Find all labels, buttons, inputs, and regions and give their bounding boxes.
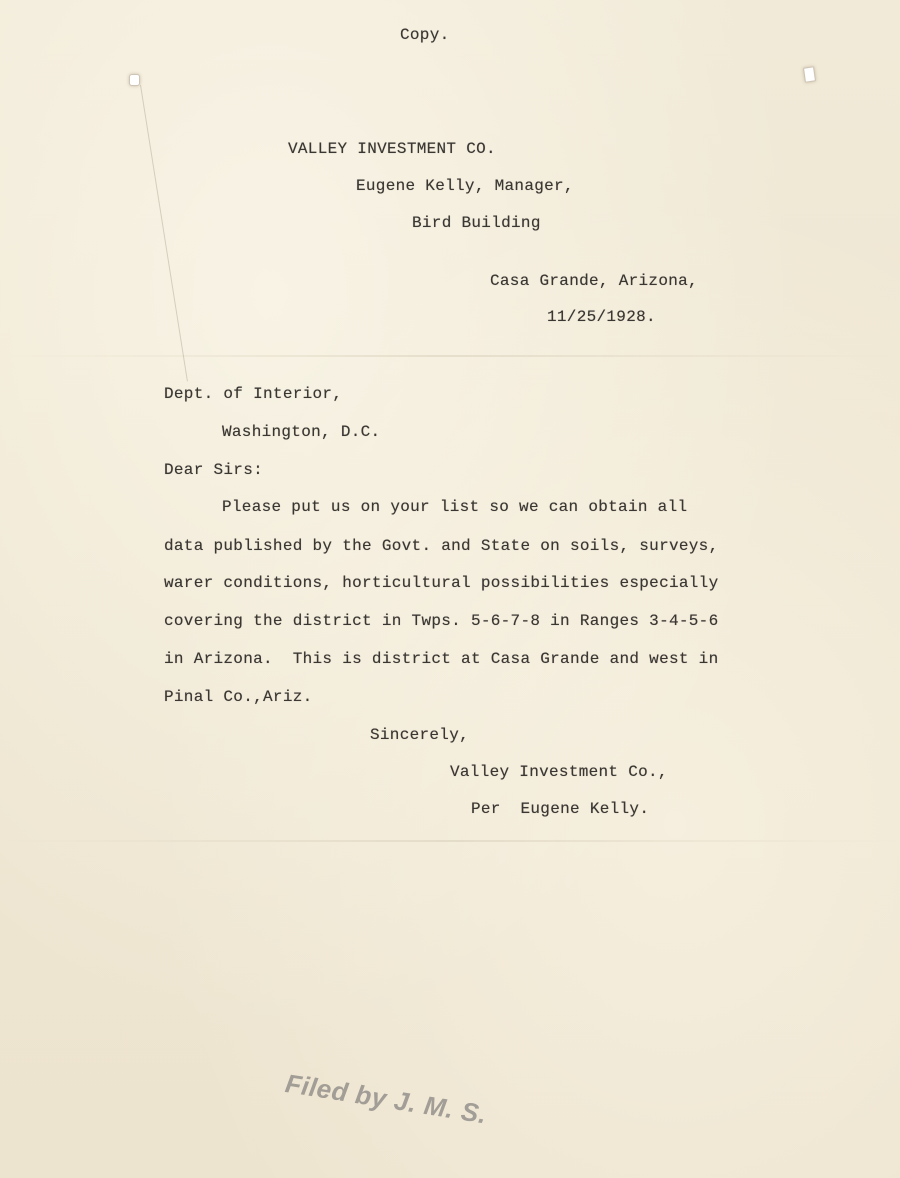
copy-label: Copy.	[400, 26, 450, 44]
letterhead-company: VALLEY INVESTMENT CO.	[288, 140, 496, 158]
salutation: Dear Sirs:	[164, 461, 263, 479]
letterhead-building: Bird Building	[412, 214, 541, 232]
closing: Sincerely,	[370, 726, 469, 744]
recipient-line-2: Washington, D.C.	[222, 423, 380, 441]
signature-company: Valley Investment Co.,	[450, 763, 668, 781]
paper-fold-line	[0, 840, 900, 842]
body-line: in Arizona. This is district at Casa Gra…	[164, 650, 719, 668]
letter-date: 11/25/1928.	[547, 308, 656, 326]
punch-hole	[803, 66, 816, 82]
body-line: data published by the Govt. and State on…	[164, 537, 719, 555]
body-line: Please put us on your list so we can obt…	[222, 498, 687, 516]
letter-place: Casa Grande, Arizona,	[490, 272, 698, 290]
signature-signer: Per Eugene Kelly.	[471, 800, 649, 818]
body-line: Pinal Co.,Ariz.	[164, 688, 313, 706]
body-line: warer conditions, horticultural possibil…	[164, 574, 719, 592]
paper-fold-line	[0, 355, 900, 357]
punch-hole	[129, 74, 140, 86]
letterhead-manager: Eugene Kelly, Manager,	[356, 177, 574, 195]
body-line: covering the district in Twps. 5-6-7-8 i…	[164, 612, 719, 630]
recipient-line-1: Dept. of Interior,	[164, 385, 342, 403]
